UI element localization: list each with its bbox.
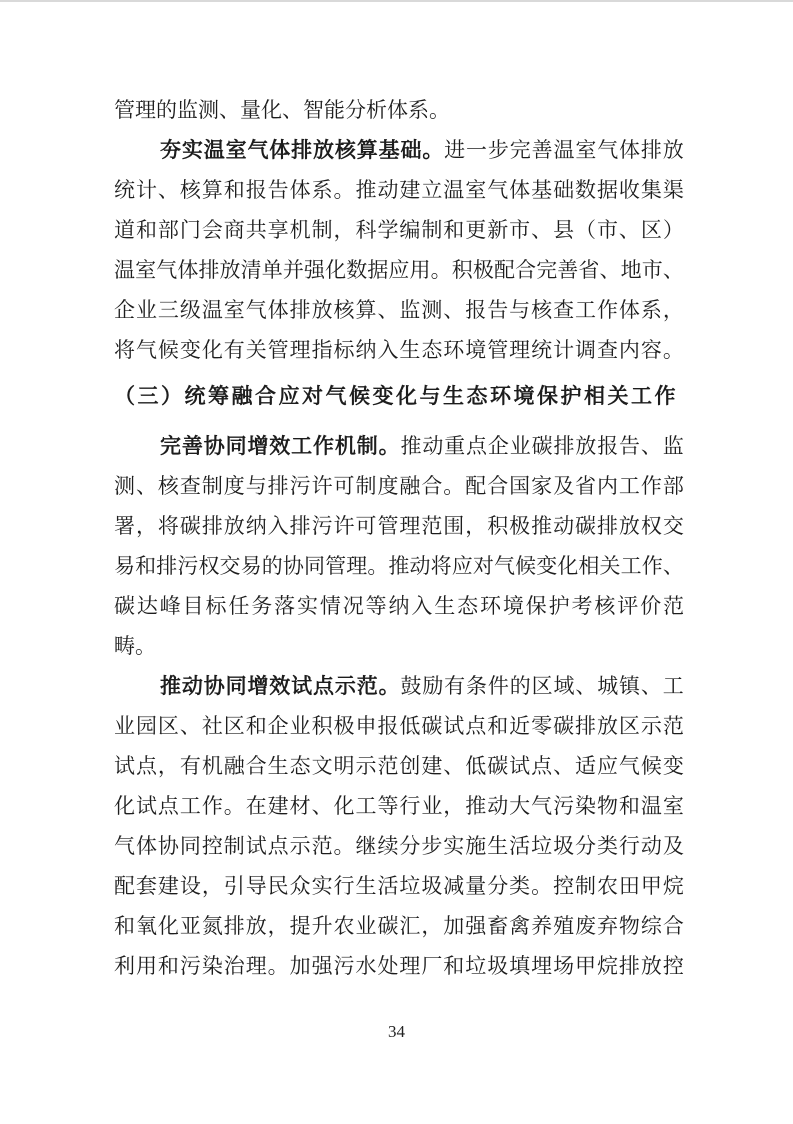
- document-page: 管理的监测、量化、智能分析体系。夯实温室气体排放核算基础。进一步完善温室气体排放…: [0, 0, 793, 1124]
- text-line: 完善协同增效工作机制。推动重点企业碳排放报告、监: [114, 426, 684, 466]
- text-line: 畴。: [114, 626, 684, 666]
- text-line: 道和部门会商共享机制，科学编制和更新市、县（市、区）: [114, 210, 684, 250]
- document-body: 管理的监测、量化、智能分析体系。夯实温室气体排放核算基础。进一步完善温室气体排放…: [114, 90, 684, 986]
- text-line: 气体协同控制试点示范。继续分步实施生活垃圾分类行动及: [114, 826, 684, 866]
- text-line: 配套建设，引导民众实行生活垃圾减量分类。控制农田甲烷: [114, 866, 684, 906]
- text-line: 管理的监测、量化、智能分析体系。: [114, 90, 684, 130]
- text-line: 化试点工作。在建材、化工等行业，推动大气污染物和温室: [114, 786, 684, 826]
- text-line: 和氧化亚氮排放，提升农业碳汇，加强畜禽养殖废弃物综合: [114, 906, 684, 946]
- text-line: 业园区、社区和企业积极申报低碳试点和近零碳排放区示范: [114, 706, 684, 746]
- text-line: 统计、核算和报告体系。推动建立温室气体基础数据收集渠: [114, 170, 684, 210]
- text-line: 温室气体排放清单并强化数据应用。积极配合完善省、地市、: [114, 250, 684, 290]
- text-line: 署，将碳排放纳入排污许可管理范围，积极推动碳排放权交: [114, 506, 684, 546]
- text-line: 利用和污染治理。加强污水处理厂和垃圾填埋场甲烷排放控: [114, 946, 684, 986]
- text-line: 易和排污权交易的协同管理。推动将应对气候变化相关工作、: [114, 546, 684, 586]
- text-line: 推动协同增效试点示范。鼓励有条件的区域、城镇、工: [114, 666, 684, 706]
- page-number: 34: [0, 1020, 793, 1044]
- text-line: 测、核查制度与排污许可制度融合。配合国家及省内工作部: [114, 466, 684, 506]
- text-line: 试点，有机融合生态文明示范创建、低碳试点、适应气候变: [114, 746, 684, 786]
- text-line: 碳达峰目标任务落实情况等纳入生态环境保护考核评价范: [114, 586, 684, 626]
- text-line: 夯实温室气体排放核算基础。进一步完善温室气体排放: [114, 130, 684, 170]
- text-line: 企业三级温室气体排放核算、监测、报告与核查工作体系，: [114, 290, 684, 330]
- text-line: 将气候变化有关管理指标纳入生态环境管理统计调查内容。: [114, 330, 684, 370]
- section-heading: （三）统筹融合应对气候变化与生态环境保护相关工作: [114, 376, 684, 416]
